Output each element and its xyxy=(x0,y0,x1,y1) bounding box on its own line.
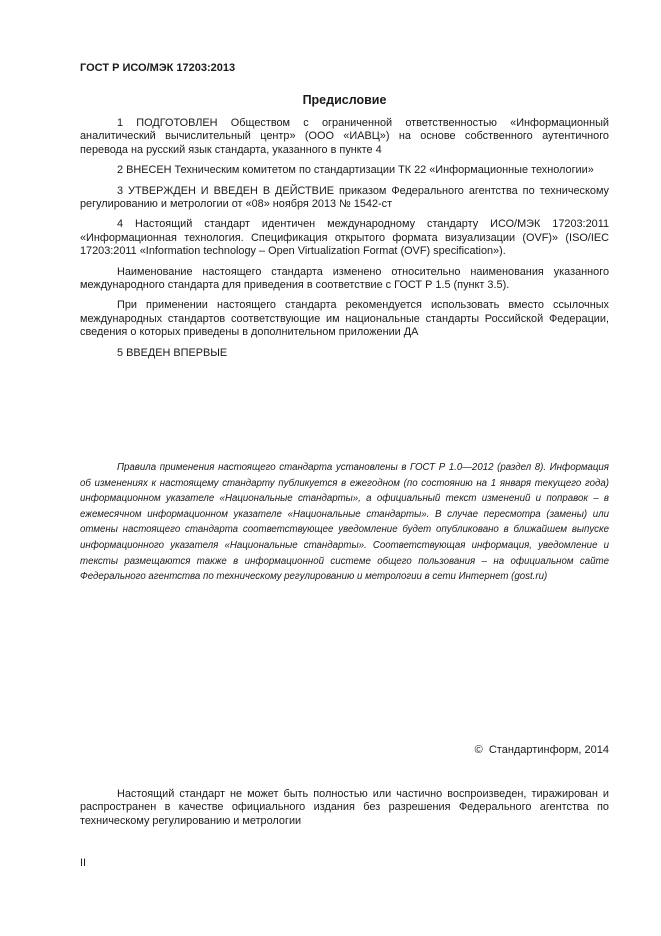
paragraph-introduced-by: 2 ВНЕСЕН Техническим комитетом по станда… xyxy=(80,164,609,177)
paragraph-recommendation: При применении настоящего стандарта реко… xyxy=(80,299,609,339)
paragraph-approved: 3 УТВЕРЖДЕН И ВВЕДЕН В ДЕЙСТВИЕ приказом… xyxy=(80,185,609,212)
document-page: ГОСТ Р ИСО/МЭК 17203:2013 Предисловие 1 … xyxy=(0,0,661,936)
page-number: II xyxy=(80,857,86,869)
application-rules-notice: Правила применения настоящего стандарта … xyxy=(80,460,609,585)
paragraph-prepared-by: 1 ПОДГОТОВЛЕН Обществом с ограниченной о… xyxy=(80,117,609,157)
paragraph-first-introduced: 5 ВВЕДЕН ВПЕРВЫЕ xyxy=(80,347,609,360)
reproduction-rights-notice: Настоящий стандарт не может быть полност… xyxy=(80,788,609,828)
page-title: Предисловие xyxy=(80,93,609,107)
document-id-header: ГОСТ Р ИСО/МЭК 17203:2013 xyxy=(80,62,235,74)
foreword-body: 1 ПОДГОТОВЛЕН Обществом с ограниченной о… xyxy=(80,117,609,367)
paragraph-identical-standard: 4 Настоящий стандарт идентичен междунаро… xyxy=(80,218,609,258)
copyright-notice: © Стандартинформ, 2014 xyxy=(475,744,609,756)
paragraph-name-changed: Наименование настоящего стандарта измене… xyxy=(80,266,609,293)
